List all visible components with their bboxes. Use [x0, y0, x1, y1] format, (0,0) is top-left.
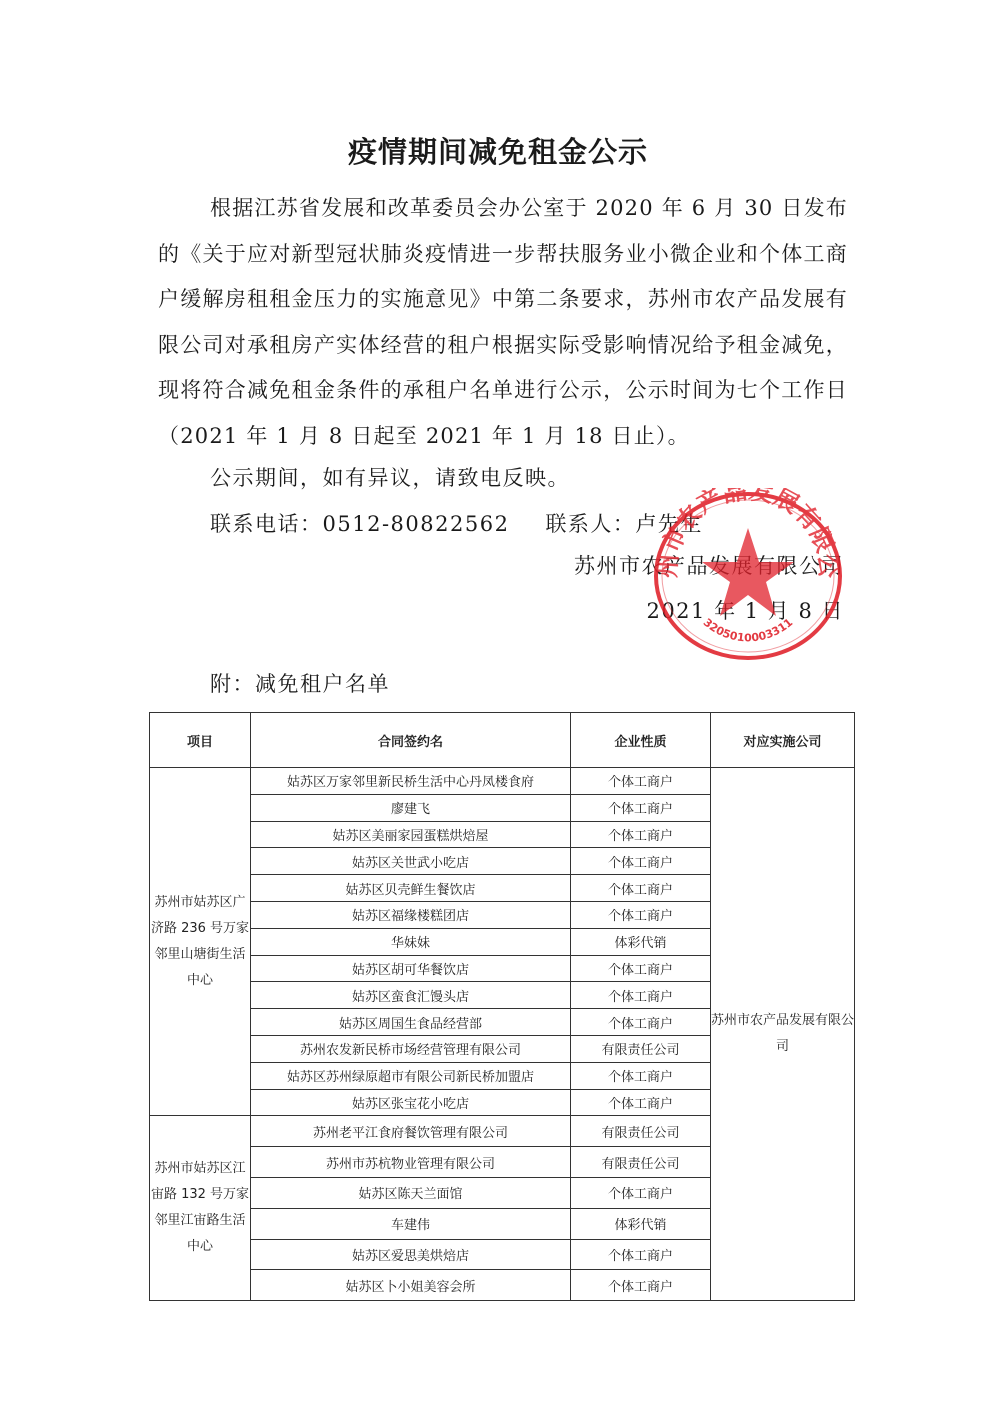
implementing-company-cell: 苏州市农产品发展有限公司 [711, 768, 855, 1301]
enterprise-type-cell: 有限责任公司 [571, 1147, 711, 1178]
enterprise-type-cell: 有限责任公司 [571, 1116, 711, 1147]
enterprise-type-cell: 个体工商户 [571, 1177, 711, 1208]
contact-person: 联系人：卢先生 [545, 512, 703, 536]
enterprise-type-cell: 个体工商户 [571, 1089, 711, 1116]
contract-name-cell: 姑苏区美丽家园蛋糕烘焙屋 [251, 821, 571, 848]
contract-name-cell: 姑苏区胡可华餐饮店 [251, 955, 571, 982]
enterprise-type-cell: 个体工商户 [571, 955, 711, 982]
enterprise-type-cell: 个体工商户 [571, 1239, 711, 1270]
attachment-label: 附：减免租户名单 [210, 668, 390, 698]
contract-name-cell: 姑苏区蛮食汇馒头店 [251, 982, 571, 1009]
header-implementing-company: 对应实施公司 [711, 713, 855, 768]
contract-name-cell: 苏州市苏杭物业管理有限公司 [251, 1147, 571, 1178]
enterprise-type-cell: 体彩代销 [571, 928, 711, 955]
enterprise-type-cell: 体彩代销 [571, 1208, 711, 1239]
contract-name-cell: 姑苏区陈天兰面馆 [251, 1177, 571, 1208]
contract-name-cell: 姑苏区福缘楼糕团店 [251, 901, 571, 928]
header-project: 项目 [150, 713, 251, 768]
enterprise-type-cell: 个体工商户 [571, 768, 711, 795]
contract-name-cell: 姑苏区贝壳鲜生餐饮店 [251, 875, 571, 902]
contract-name-cell: 廖建飞 [251, 794, 571, 821]
contract-name-cell: 姑苏区万家邻里新民桥生活中心丹凤楼食府 [251, 768, 571, 795]
project-cell: 苏州市姑苏区广济路 236 号万家邻里山塘街生活中心 [150, 768, 251, 1116]
tenant-relief-table: 项目 合同签约名 企业性质 对应实施公司 苏州市姑苏区广济路 236 号万家邻里… [149, 712, 855, 1301]
objection-note: 公示期间，如有异议，请致电反映。 [210, 462, 570, 492]
contract-name-cell: 苏州老平江食府餐饮管理有限公司 [251, 1116, 571, 1147]
contact-phone: 联系电话：0512-80822562 [210, 512, 509, 536]
contract-name-cell: 姑苏区张宝花小吃店 [251, 1089, 571, 1116]
enterprise-type-cell: 有限责任公司 [571, 1035, 711, 1062]
contact-line: 联系电话：0512-80822562联系人：卢先生 [210, 508, 703, 538]
contract-name-cell: 车建伟 [251, 1208, 571, 1239]
contract-name-cell: 姑苏区周国生食品经营部 [251, 1009, 571, 1036]
enterprise-type-cell: 个体工商户 [571, 901, 711, 928]
document-title: 疫情期间减免租金公示 [0, 130, 996, 171]
contract-name-cell: 华妹妹 [251, 928, 571, 955]
enterprise-type-cell: 个体工商户 [571, 821, 711, 848]
contract-name-cell: 姑苏区卜小姐美容会所 [251, 1270, 571, 1301]
issuer-name: 苏州市农产品发展有限公司 [574, 550, 844, 580]
project-cell: 苏州市姑苏区江宙路 132 号万家邻里江宙路生活中心 [150, 1116, 251, 1301]
body-paragraph: 根据江苏省发展和改革委员会办公室于 2020 年 6 月 30 日发布的《关于应… [158, 186, 848, 459]
header-contract-name: 合同签约名 [251, 713, 571, 768]
enterprise-type-cell: 个体工商户 [571, 982, 711, 1009]
contract-name-cell: 姑苏区苏州绿原超市有限公司新民桥加盟店 [251, 1062, 571, 1089]
table-row: 苏州市姑苏区广济路 236 号万家邻里山塘街生活中心 姑苏区万家邻里新民桥生活中… [150, 768, 855, 795]
contract-name-cell: 姑苏区关世武小吃店 [251, 848, 571, 875]
enterprise-type-cell: 个体工商户 [571, 794, 711, 821]
enterprise-type-cell: 个体工商户 [571, 1009, 711, 1036]
enterprise-type-cell: 个体工商户 [571, 848, 711, 875]
issue-date: 2021 年 1 月 8 日 [646, 595, 844, 625]
contract-name-cell: 苏州农发新民桥市场经营管理有限公司 [251, 1035, 571, 1062]
table-header-row: 项目 合同签约名 企业性质 对应实施公司 [150, 713, 855, 768]
header-enterprise-type: 企业性质 [571, 713, 711, 768]
enterprise-type-cell: 个体工商户 [571, 1270, 711, 1301]
contract-name-cell: 姑苏区爱思美烘焙店 [251, 1239, 571, 1270]
enterprise-type-cell: 个体工商户 [571, 1062, 711, 1089]
enterprise-type-cell: 个体工商户 [571, 875, 711, 902]
